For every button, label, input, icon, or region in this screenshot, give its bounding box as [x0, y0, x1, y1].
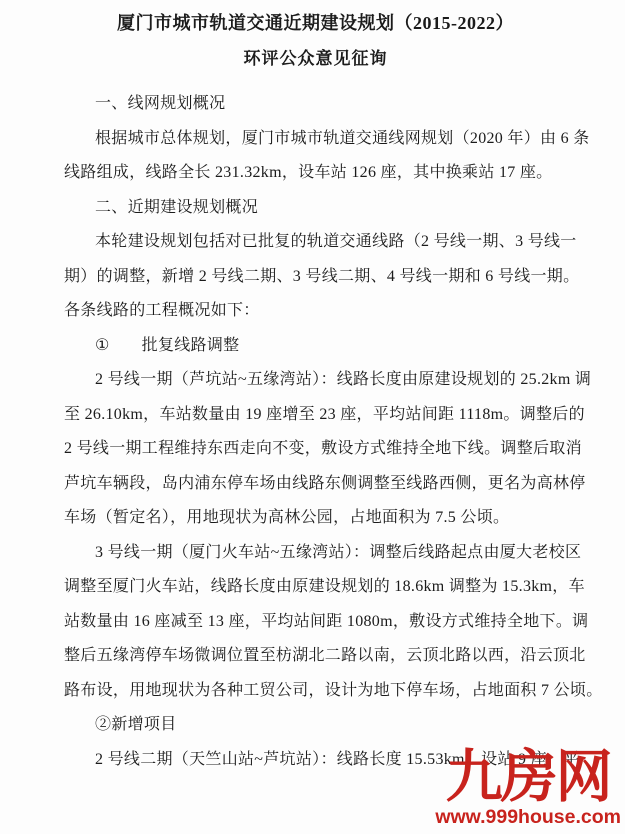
- paragraph: 2 号线一期（芦坑站~五缘湾站）：线路长度由原建设规划的 25.2km 调至 2…: [64, 363, 567, 536]
- text-line: 路布设，用地现状为各种工贸公司，设计为地下停车场，占地面积 7 公顷。: [64, 674, 567, 709]
- text-line: 期）的调整，新增 2 号线二期、3 号线二期、4 号线一期和 6 号线一期。: [64, 260, 567, 295]
- text-line: 各条线路的工程概况如下：: [64, 294, 567, 329]
- text-line: 根据城市总体规划，厦门市城市轨道交通线网规划（2020 年）由 6 条: [64, 122, 567, 157]
- text-line: 调整至厦门火车站，线路长度由原建设规划的 18.6km 调整为 15.3km，车: [64, 570, 567, 605]
- document-content: 一、线网规划概况根据城市总体规划，厦门市城市轨道交通线网规划（2020 年）由 …: [64, 87, 567, 777]
- list-item: ①批复线路调整: [64, 329, 567, 364]
- text-line: ②新增项目: [64, 708, 567, 743]
- paragraph: 3 号线一期（厦门火车站~五缘湾站）：调整后线路起点由厦大老校区调整至厦门火车站…: [64, 536, 567, 709]
- text-line: 车场（暂定名），用地现状为高林公园，占地面积为 7.5 公顷。: [64, 501, 567, 536]
- section-heading: 二、近期建设规划概况: [64, 191, 567, 226]
- watermark: 九房网 www.999house.com: [435, 748, 621, 829]
- text-line: 2 号线一期（芦坑站~五缘湾站）：线路长度由原建设规划的 25.2km 调: [64, 363, 567, 398]
- list-item: ②新增项目: [64, 708, 567, 743]
- document-subtitle: 环评公众意见征询: [64, 41, 567, 76]
- list-marker: ①: [95, 337, 110, 354]
- text-line: 站数量由 16 座减至 13 座，平均站间距 1080m，敷设方式维持全地下。调: [64, 605, 567, 640]
- section-heading: 一、线网规划概况: [64, 87, 567, 122]
- paragraph: 本轮建设规划包括对已批复的轨道交通线路（2 号线一期、3 号线一期）的调整，新增…: [64, 225, 567, 329]
- document-title: 厦门市城市轨道交通近期建设规划（2015-2022）: [64, 6, 567, 41]
- text-line: 2 号线一期工程维持东西走向不变，敷设方式维持全地下线。调整后取消: [64, 432, 567, 467]
- paragraph: 根据城市总体规划，厦门市城市轨道交通线网规划（2020 年）由 6 条线路组成，…: [64, 122, 567, 191]
- document-page: 厦门市城市轨道交通近期建设规划（2015-2022） 环评公众意见征询 一、线网…: [0, 0, 625, 834]
- text-line: 一、线网规划概况: [64, 87, 567, 122]
- watermark-url: www.999house.com: [435, 806, 621, 829]
- list-item-label: 新增项目: [111, 716, 176, 733]
- text-line: 芦坑车辆段，岛内浦东停车场由线路东侧调整至线路西侧，更名为高林停: [64, 467, 567, 502]
- text-line: 3 号线一期（厦门火车站~五缘湾站）：调整后线路起点由厦大老校区: [64, 536, 567, 571]
- watermark-logo: 九房网: [435, 748, 621, 806]
- text-line: 本轮建设规划包括对已批复的轨道交通线路（2 号线一期、3 号线一: [64, 225, 567, 260]
- text-line: 至 26.10km，车站数量由 19 座增至 23 座，平均站间距 1118m。…: [64, 398, 567, 433]
- list-item-label: 批复线路调整: [142, 337, 240, 354]
- list-marker: ②: [95, 716, 111, 733]
- text-line: 二、近期建设规划概况: [64, 191, 567, 226]
- text-line: 整后五缘湾停车场微调位置至枋湖北二路以南，云顶北路以西，沿云顶北: [64, 639, 567, 674]
- text-line: ①批复线路调整: [64, 329, 567, 364]
- text-line: 线路组成，线路全长 231.32km，设车站 126 座，其中换乘站 17 座。: [64, 156, 567, 191]
